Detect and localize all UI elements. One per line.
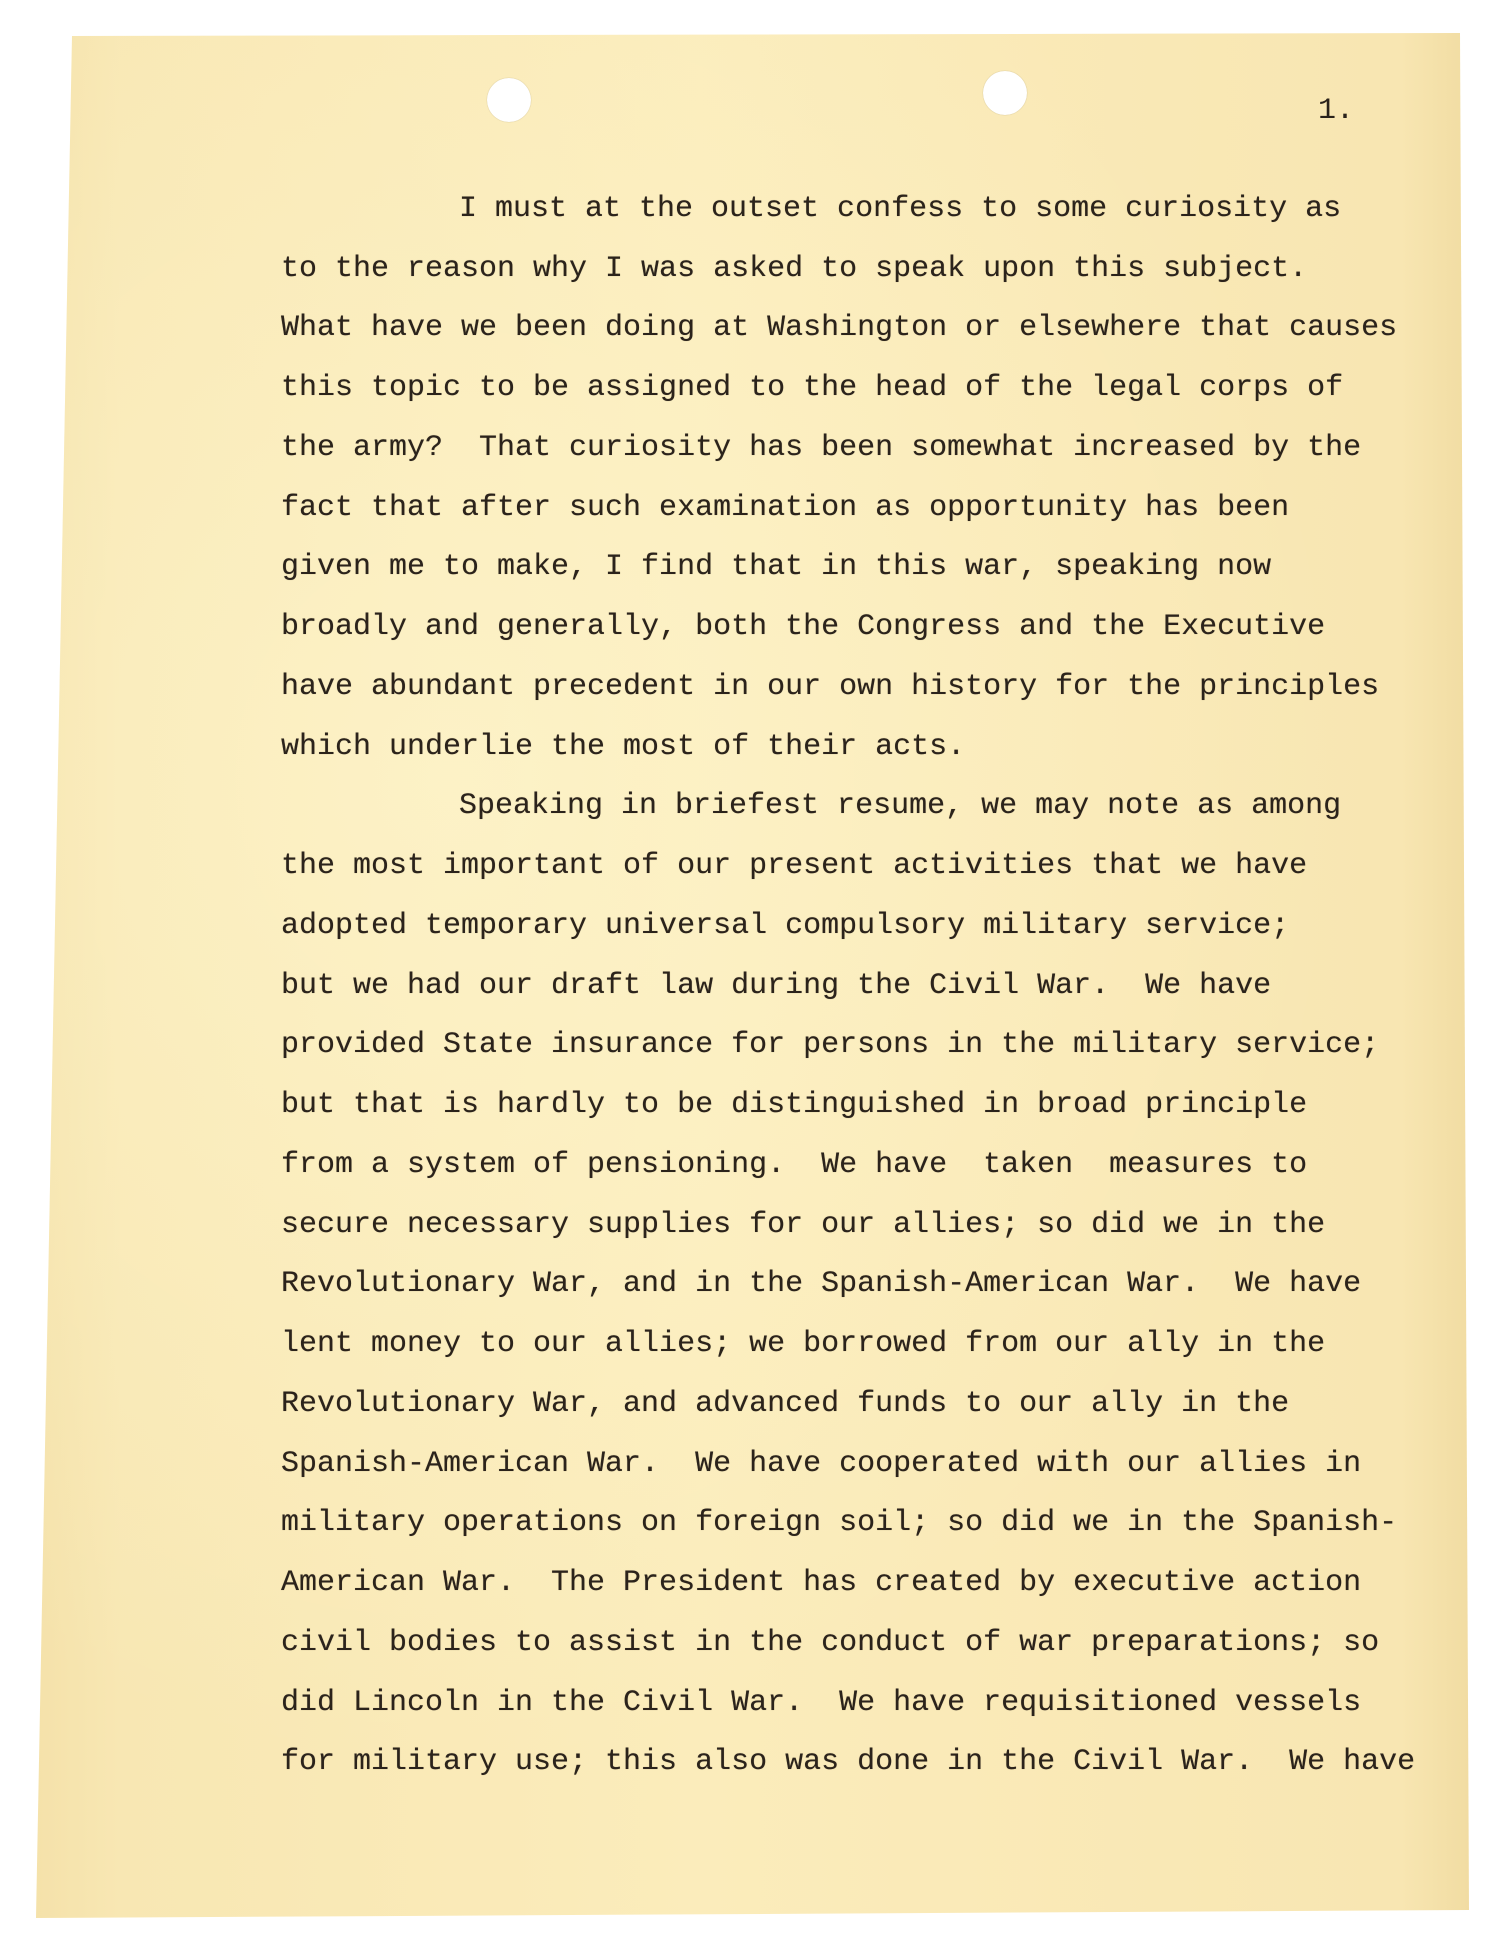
page-number: 1. [1318,96,1354,126]
text-line: Revolutionary War, and in the Spanish-Am… [281,1269,1361,1299]
text-line: provided State insurance for persons in … [281,1030,1379,1060]
text-line: the most important of our present activi… [281,851,1307,881]
text-line: but that is hardly to be distinguished i… [281,1090,1307,1120]
text-line: which underlie the most of their acts. [281,732,965,762]
text-line: secure necessary supplies for our allies… [281,1210,1325,1240]
text-line: but we had our draft law during the Civi… [281,971,1271,1001]
text-line: given me to make, I find that in this wa… [281,552,1271,582]
text-line: did Lincoln in the Civil War. We have re… [281,1688,1361,1718]
text-line: Spanish-American War. We have cooperated… [281,1449,1361,1479]
text-line: broadly and generally, both the Congress… [281,612,1325,642]
text-line: What have we been doing at Washington or… [281,313,1397,343]
text-line: American War. The President has created … [281,1568,1361,1598]
punch-hole-left [487,78,531,122]
text-line: from a system of pensioning. We have tak… [281,1150,1307,1180]
text-line: the army? That curiosity has been somewh… [281,433,1361,463]
text-line: military operations on foreign soil; so … [281,1508,1397,1538]
text-line: this topic to be assigned to the head of… [281,373,1343,403]
text-line: fact that after such examination as oppo… [281,493,1289,523]
punch-hole-right [983,71,1027,115]
text-line: Speaking in briefest resume, we may note… [459,791,1341,821]
text-line: civil bodies to assist in the conduct of… [281,1628,1379,1658]
text-line: lent money to our allies; we borrowed fr… [281,1329,1325,1359]
text-line: to the reason why I was asked to speak u… [281,254,1307,284]
text-line: Revolutionary War, and advanced funds to… [281,1389,1289,1419]
text-line: adopted temporary universal compulsory m… [281,911,1289,941]
text-line: have abundant precedent in our own histo… [281,672,1379,702]
text-line: I must at the outset confess to some cur… [459,194,1341,224]
text-line: for military use; this also was done in … [281,1747,1415,1777]
